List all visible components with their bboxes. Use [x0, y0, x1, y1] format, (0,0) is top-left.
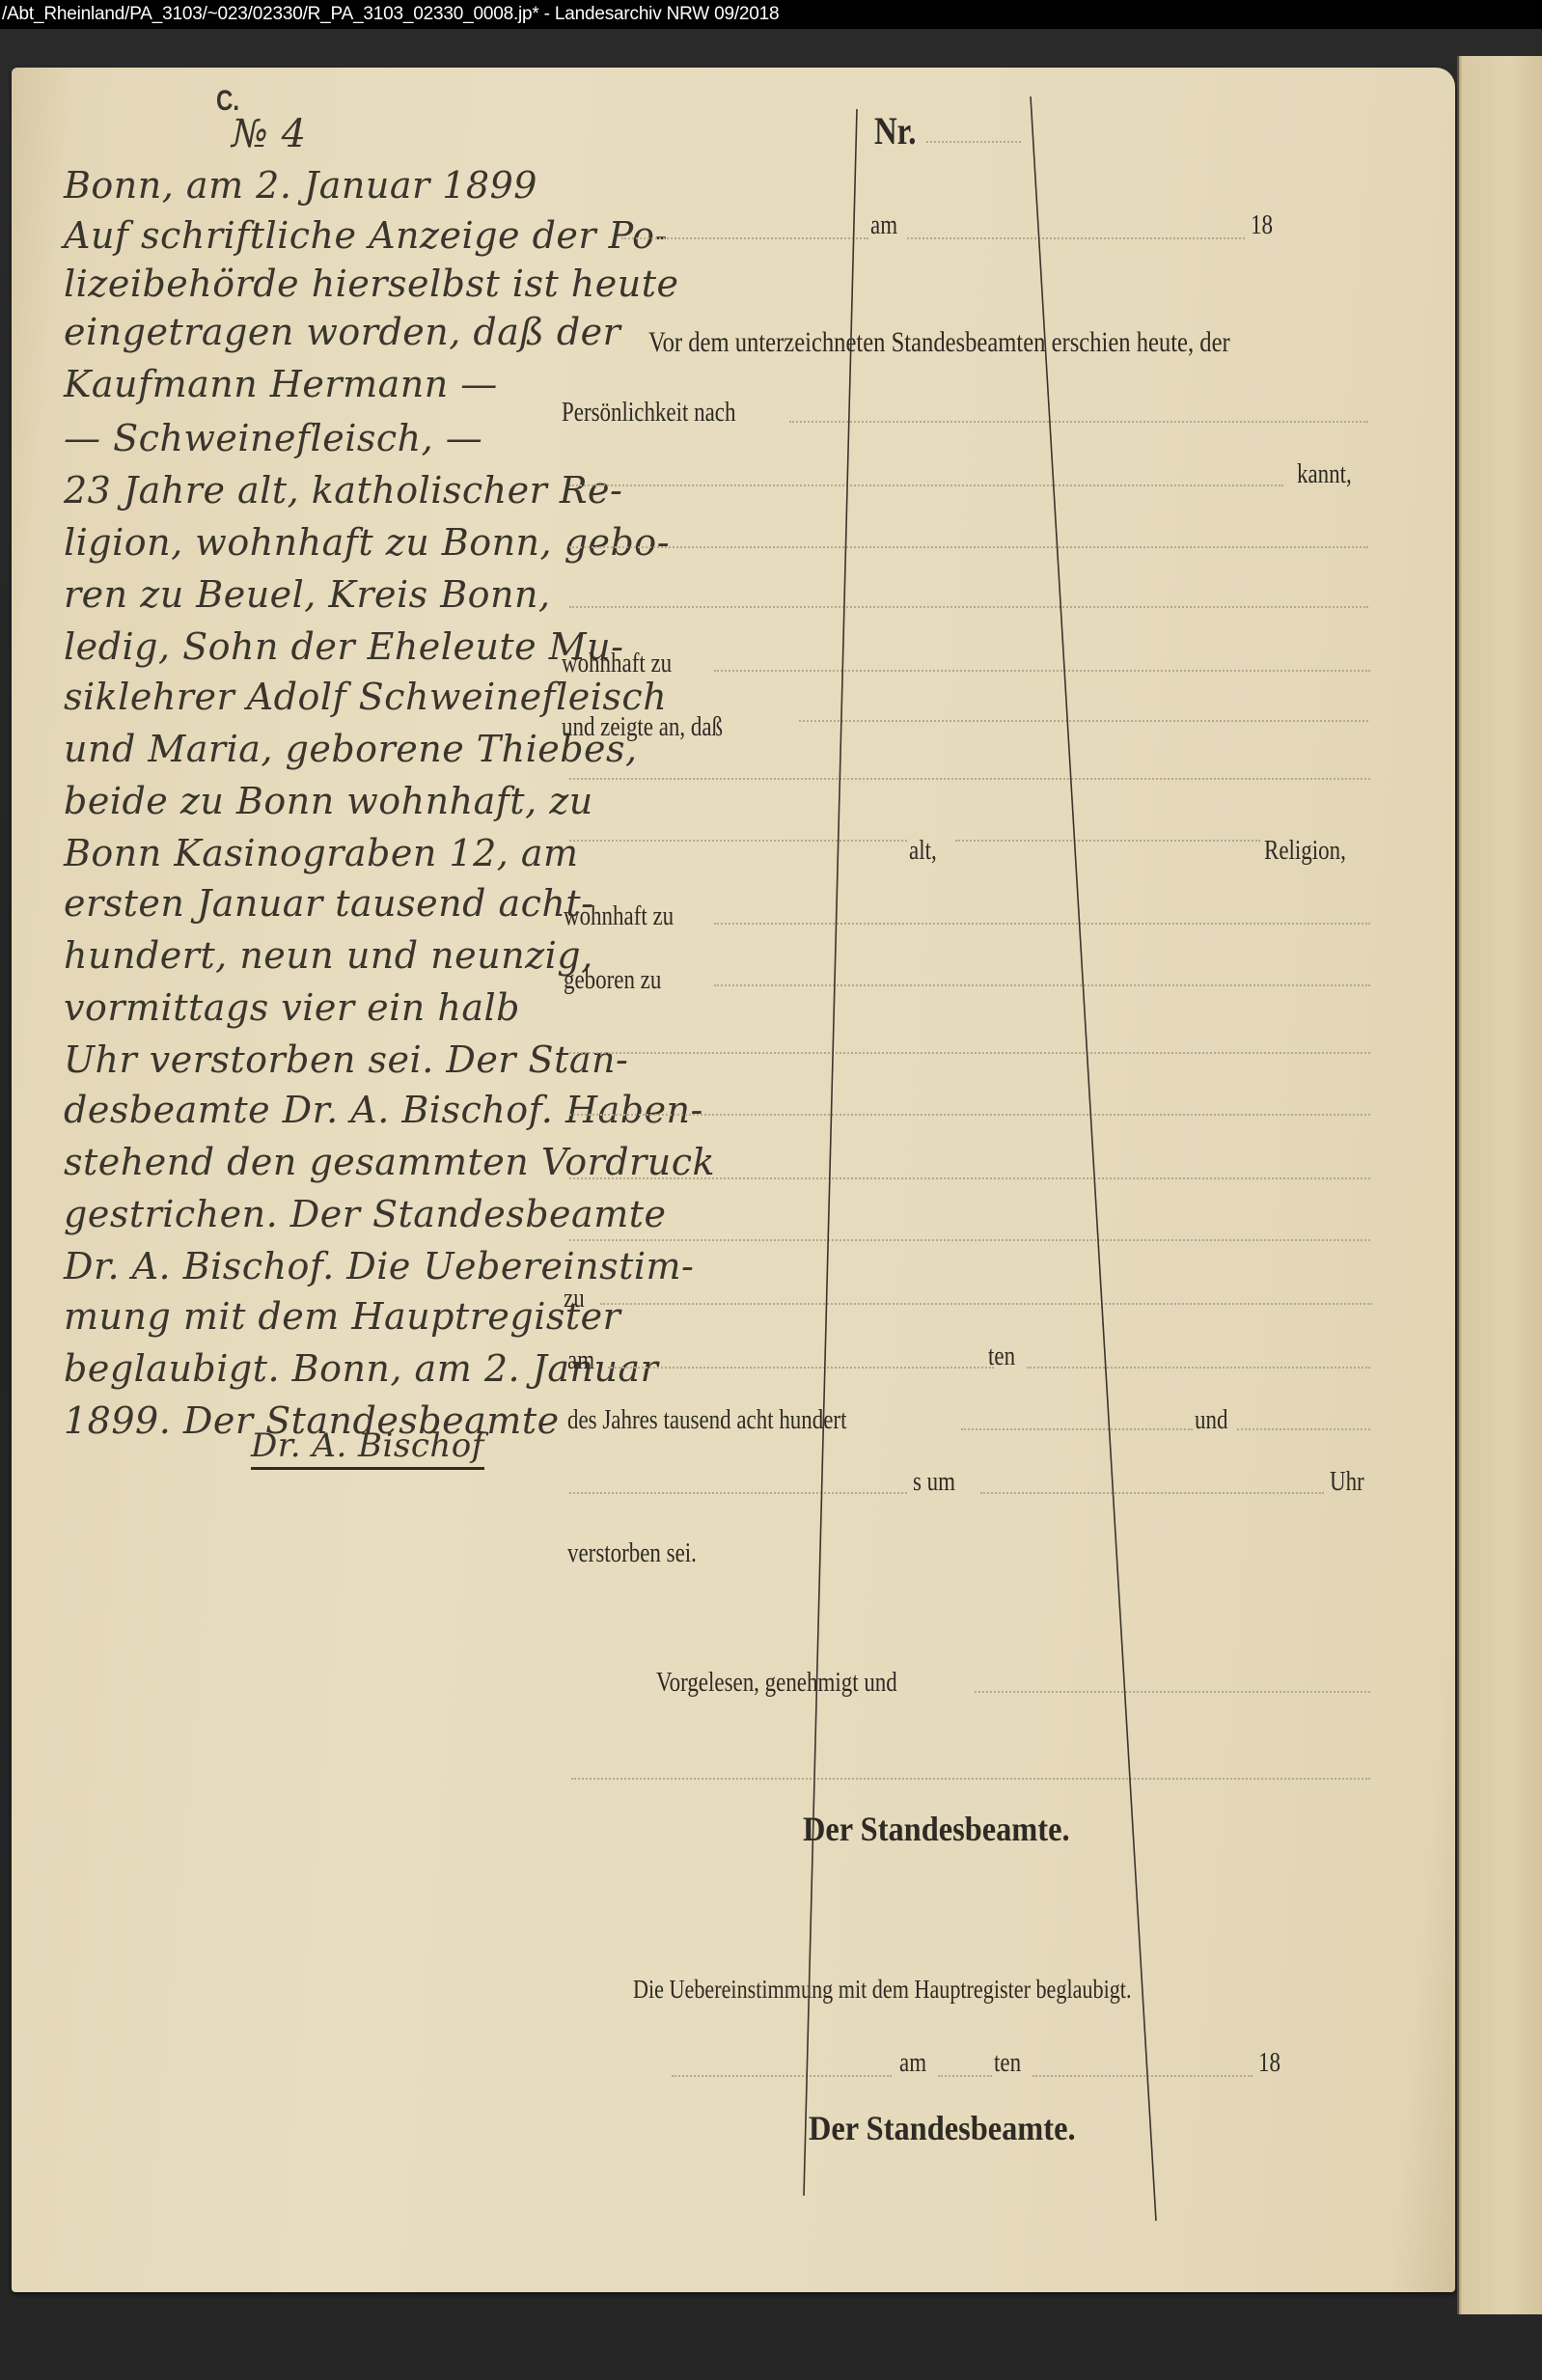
form-und: und — [1195, 1405, 1227, 1436]
dotted-leader — [955, 840, 1260, 842]
dotted-leader — [569, 778, 1370, 780]
handwritten-line: ren zu Beuel, Kreis Bonn, — [64, 573, 551, 616]
form-s-um: s um — [913, 1467, 955, 1498]
entry-number: № 4 — [232, 112, 307, 156]
form-persoenlichkeit: Persönlichkeit nach — [562, 398, 735, 429]
handwritten-line: ledig, Sohn der Eheleute Mu- — [64, 625, 623, 668]
form-ten: ten — [988, 1342, 1015, 1372]
dotted-leader — [569, 606, 1368, 608]
handwritten-line: 23 Jahre alt, katholischer Re- — [64, 469, 622, 512]
form-date-year-prefix: 18 — [1251, 210, 1273, 241]
dotted-leader — [600, 1303, 1372, 1305]
dotted-leader — [961, 1428, 1193, 1430]
form-standesbeamte-2: Der Standesbeamte. — [809, 2108, 1076, 2148]
dotted-leader — [569, 484, 1283, 486]
dotted-leader — [569, 1052, 1370, 1054]
handwritten-line: — Schweinefleisch, — — [64, 417, 482, 459]
dotted-leader — [975, 1691, 1370, 1693]
dotted-leader — [569, 1239, 1370, 1241]
dotted-leader — [608, 1367, 994, 1369]
handwritten-line: ersten Januar tausend acht- — [64, 882, 594, 925]
dotted-leader — [571, 1778, 1370, 1780]
form-vorgelesen: Vorgelesen, genehmigt und — [656, 1668, 897, 1699]
form-uhr: Uhr — [1330, 1467, 1364, 1498]
form-jahres: des Jahres tausend acht hundert — [567, 1405, 846, 1436]
handwritten-line: Bonn, am 2. Januar 1899 — [64, 164, 537, 207]
form-wohnhaft-1: wohnhaft zu — [562, 649, 672, 679]
dotted-leader — [714, 923, 1370, 925]
form-standesbeamte-1: Der Standesbeamte. — [803, 1809, 1070, 1849]
dotted-leader — [907, 237, 1245, 239]
form-uebereinstimmung: Die Uebereinstimmung mit dem Hauptregist… — [633, 1975, 1131, 2005]
form-nr-label: Nr. — [874, 108, 916, 153]
dotted-leader — [1027, 1367, 1370, 1369]
handwritten-line: Bonn Kasinograben 12, am — [64, 832, 579, 874]
dotted-leader — [569, 1177, 1370, 1179]
form-religion: Religion, — [1264, 836, 1346, 867]
form-date-am: am — [870, 210, 897, 241]
handwritten-line: vormittags vier ein halb — [64, 986, 520, 1029]
handwritten-line: lizeibehörde hierselbst ist heute — [64, 263, 679, 305]
handwritten-line: Kaufmann Hermann — — [64, 363, 498, 405]
dotted-leader — [569, 1114, 1370, 1116]
dotted-leader — [569, 1492, 907, 1494]
handwritten-line: gestrichen. Der Standesbeamte — [64, 1193, 667, 1235]
handwritten-line: desbeamte Dr. A. Bischof. Haben- — [64, 1089, 703, 1131]
handwritten-line: Uhr verstorben sei. Der Stan- — [64, 1038, 628, 1081]
dotted-leader — [938, 2075, 992, 2077]
dotted-leader — [926, 141, 1021, 143]
form-cert-am: am — [899, 2048, 926, 2079]
form-alt: alt, — [909, 836, 937, 867]
form-zeigte-an: und zeigte an, daß — [562, 712, 723, 743]
handwritten-line: mung mit dem Hauptregister — [64, 1295, 620, 1338]
dotted-leader — [672, 2075, 892, 2077]
form-intro: Vor dem unterzeichneten Standesbeamten e… — [648, 326, 1230, 359]
window-title: /Abt_Rheinland/PA_3103/~023/02330/R_PA_3… — [0, 0, 1542, 29]
form-cert-ten: ten — [994, 2048, 1021, 2079]
handwritten-line: Dr. A. Bischof. Die Uebereinstim- — [64, 1245, 694, 1287]
dotted-leader — [980, 1492, 1324, 1494]
form-cert-year-prefix: 18 — [1258, 2048, 1280, 2079]
handwritten-line: eingetragen worden, daß der — [64, 311, 620, 353]
form-verstorben: verstorben sei. — [567, 1538, 697, 1569]
form-zu: zu — [564, 1284, 585, 1315]
dotted-leader — [714, 670, 1370, 672]
form-am: am — [567, 1345, 594, 1376]
handwritten-line: beide zu Bonn wohnhaft, zu — [64, 780, 593, 822]
dotted-leader — [1237, 1428, 1370, 1430]
dotted-leader — [714, 984, 1370, 986]
registrar-signature: Dr. A. Bischof — [251, 1426, 484, 1470]
adjacent-page-edge — [1457, 56, 1542, 2314]
dotted-leader — [569, 546, 1368, 548]
dotted-leader — [1033, 2075, 1253, 2077]
dotted-leader — [789, 421, 1368, 423]
handwritten-line: Auf schriftliche Anzeige der Po- — [64, 214, 668, 257]
handwritten-line: und Maria, geborene Thiebes, — [64, 728, 638, 770]
form-wohnhaft-2: wohnhaft zu — [564, 901, 674, 932]
handwritten-line: ligion, wohnhaft zu Bonn, gebo- — [64, 521, 670, 564]
dotted-leader — [799, 720, 1368, 722]
form-kannt: kannt, — [1297, 459, 1352, 490]
dotted-leader — [569, 840, 907, 842]
dotted-leader — [621, 237, 868, 239]
form-geboren: geboren zu — [564, 965, 661, 996]
handwritten-line: hundert, neun und neunzig, — [64, 934, 593, 977]
